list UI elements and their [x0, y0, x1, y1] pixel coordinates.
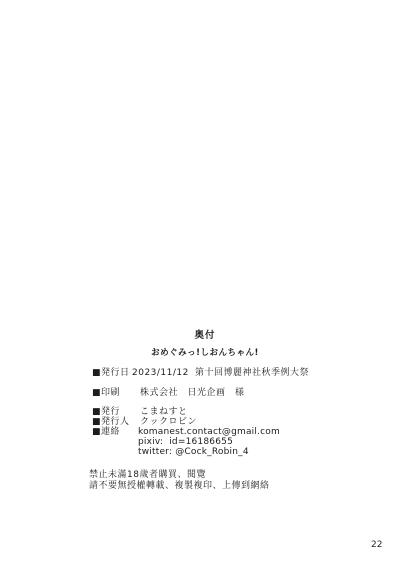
section-title: 奥付	[5, 331, 400, 341]
contact-pixiv-id: pixiv: id=16186655	[138, 438, 233, 447]
contact-email: komanest.contact@gmail.com	[138, 428, 280, 437]
issue-event-name: 第十回博麗神社秋季例大祭	[195, 369, 309, 378]
book-title: おめぐみっ!しおんちゃん!	[5, 349, 400, 358]
author-value: クックロビン	[140, 418, 197, 427]
contact-twitter-handle: twitter: @Cock_Robin_4	[138, 448, 249, 457]
publisher-label: ■発行	[92, 408, 120, 417]
age-restriction-notice: 禁止未滿18歲者購買、閱覽	[89, 471, 206, 480]
author-label: ■発行人	[92, 418, 130, 427]
issue-date-value: 2023/11/12	[132, 369, 189, 378]
publisher-value: こまねすと	[140, 408, 188, 417]
no-reproduction-notice: 請不要無授權轉載、複製複印、上傳到網絡	[89, 482, 270, 491]
page-number: 22	[371, 541, 382, 550]
colophon-page: { "page": { "background": "#ffffff", "te…	[0, 0, 400, 565]
contact-label: ■連絡	[92, 428, 120, 437]
printer-value: 株式会社 日光企画 様	[140, 389, 245, 398]
printer-label: ■印刷	[92, 389, 120, 398]
issue-date-label: ■発行日	[92, 369, 130, 378]
